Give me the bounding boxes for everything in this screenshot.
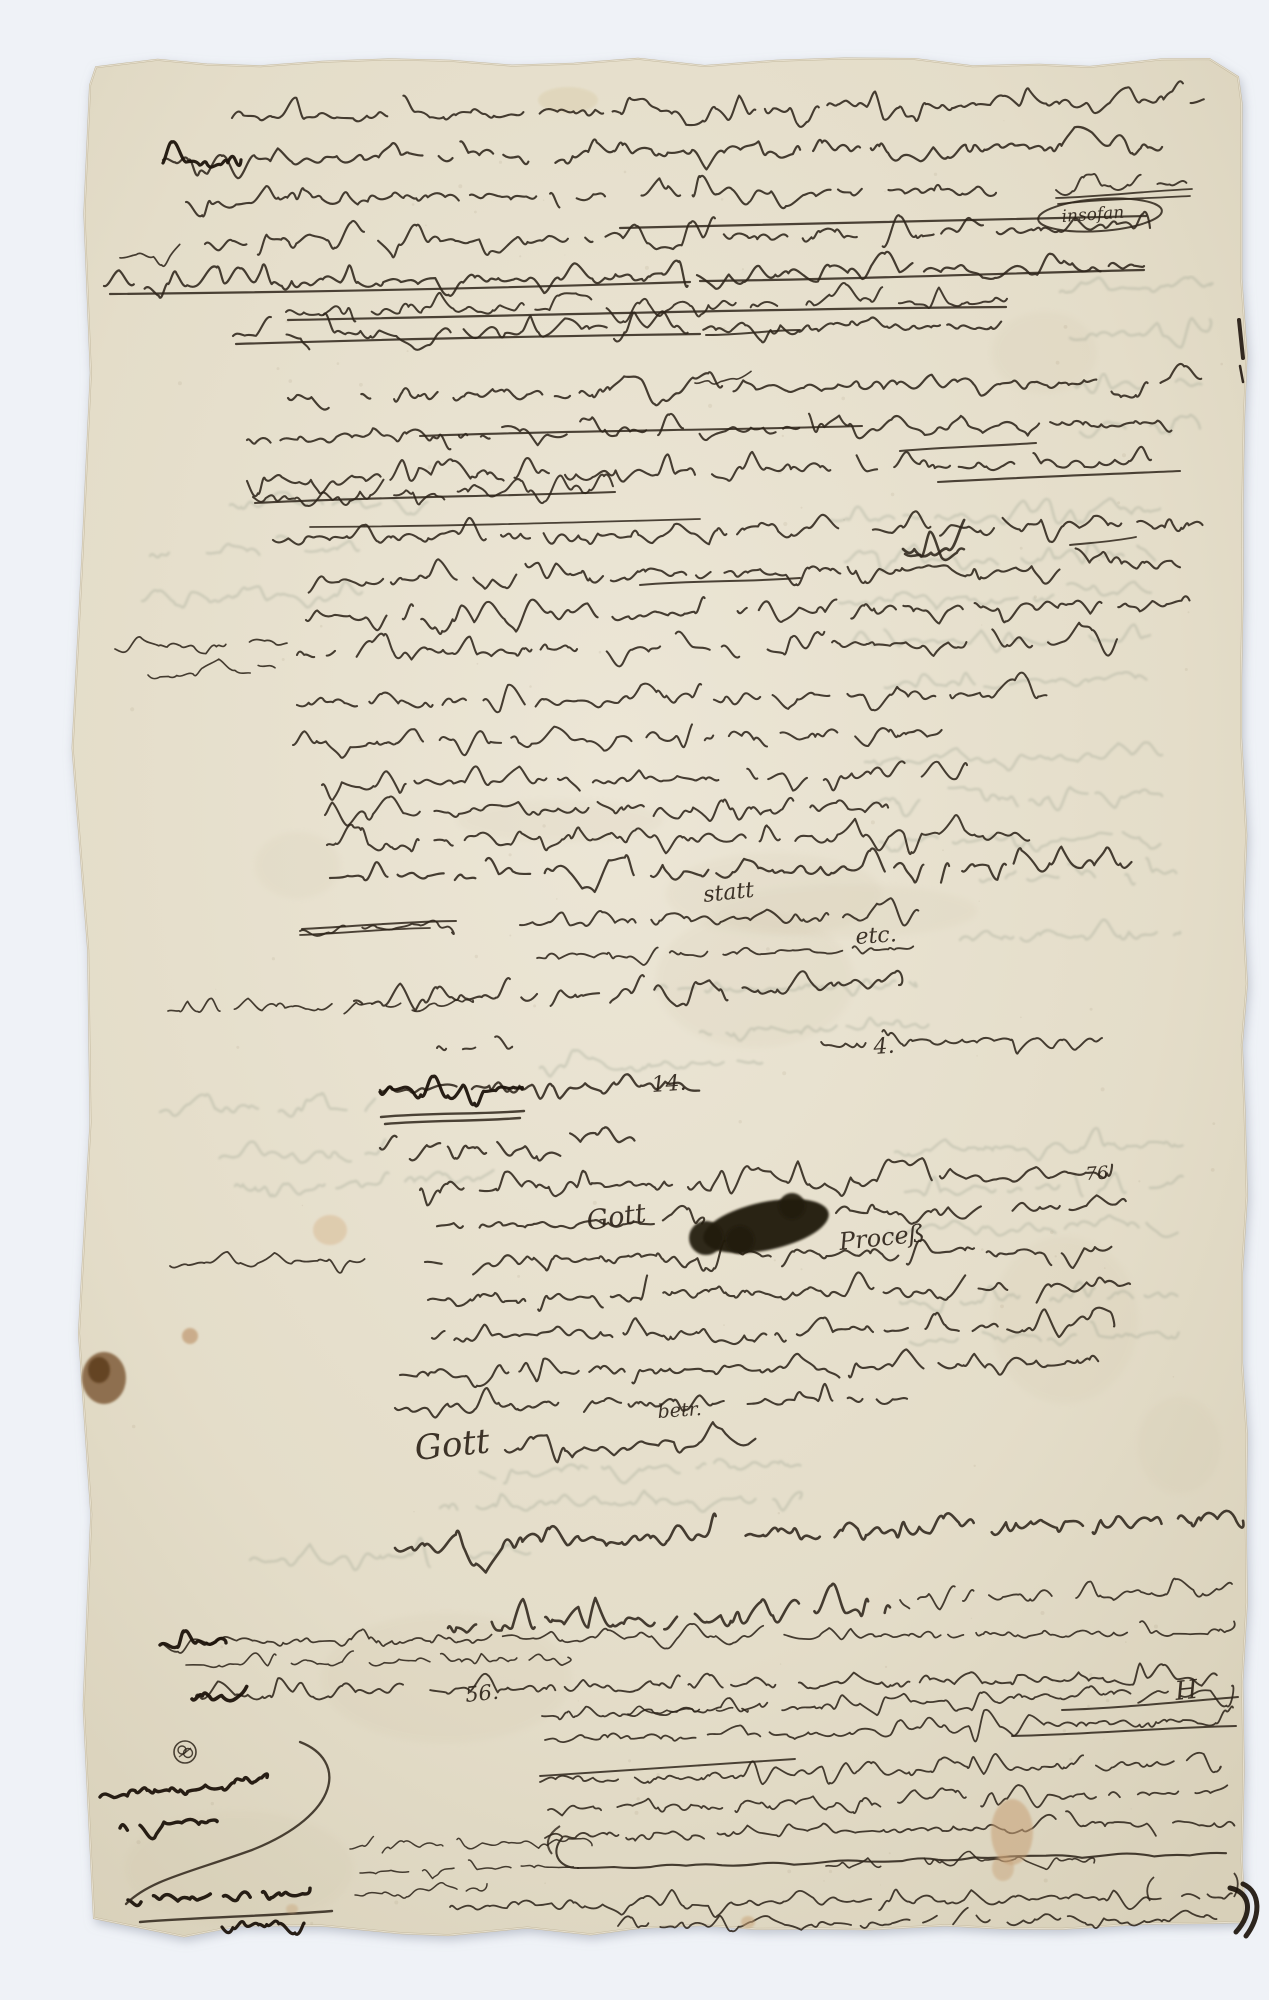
svg-text:etc.: etc. — [855, 922, 898, 950]
manuscript-paper-svg: Scanned handwritten manuscript page Gott… — [0, 0, 1269, 2000]
svg-text:statt: statt — [702, 878, 755, 908]
svg-text:Gott: Gott — [413, 1421, 492, 1469]
svg-text:76: 76 — [1085, 1162, 1109, 1185]
svg-text:56.: 56. — [464, 1680, 500, 1707]
svg-text:betr.: betr. — [657, 1398, 703, 1423]
scanned-manuscript: A single torn-edged sheet of aged beige … — [0, 0, 1269, 2000]
svg-text:14.: 14. — [651, 1071, 688, 1098]
svg-text:4.: 4. — [872, 1034, 896, 1060]
